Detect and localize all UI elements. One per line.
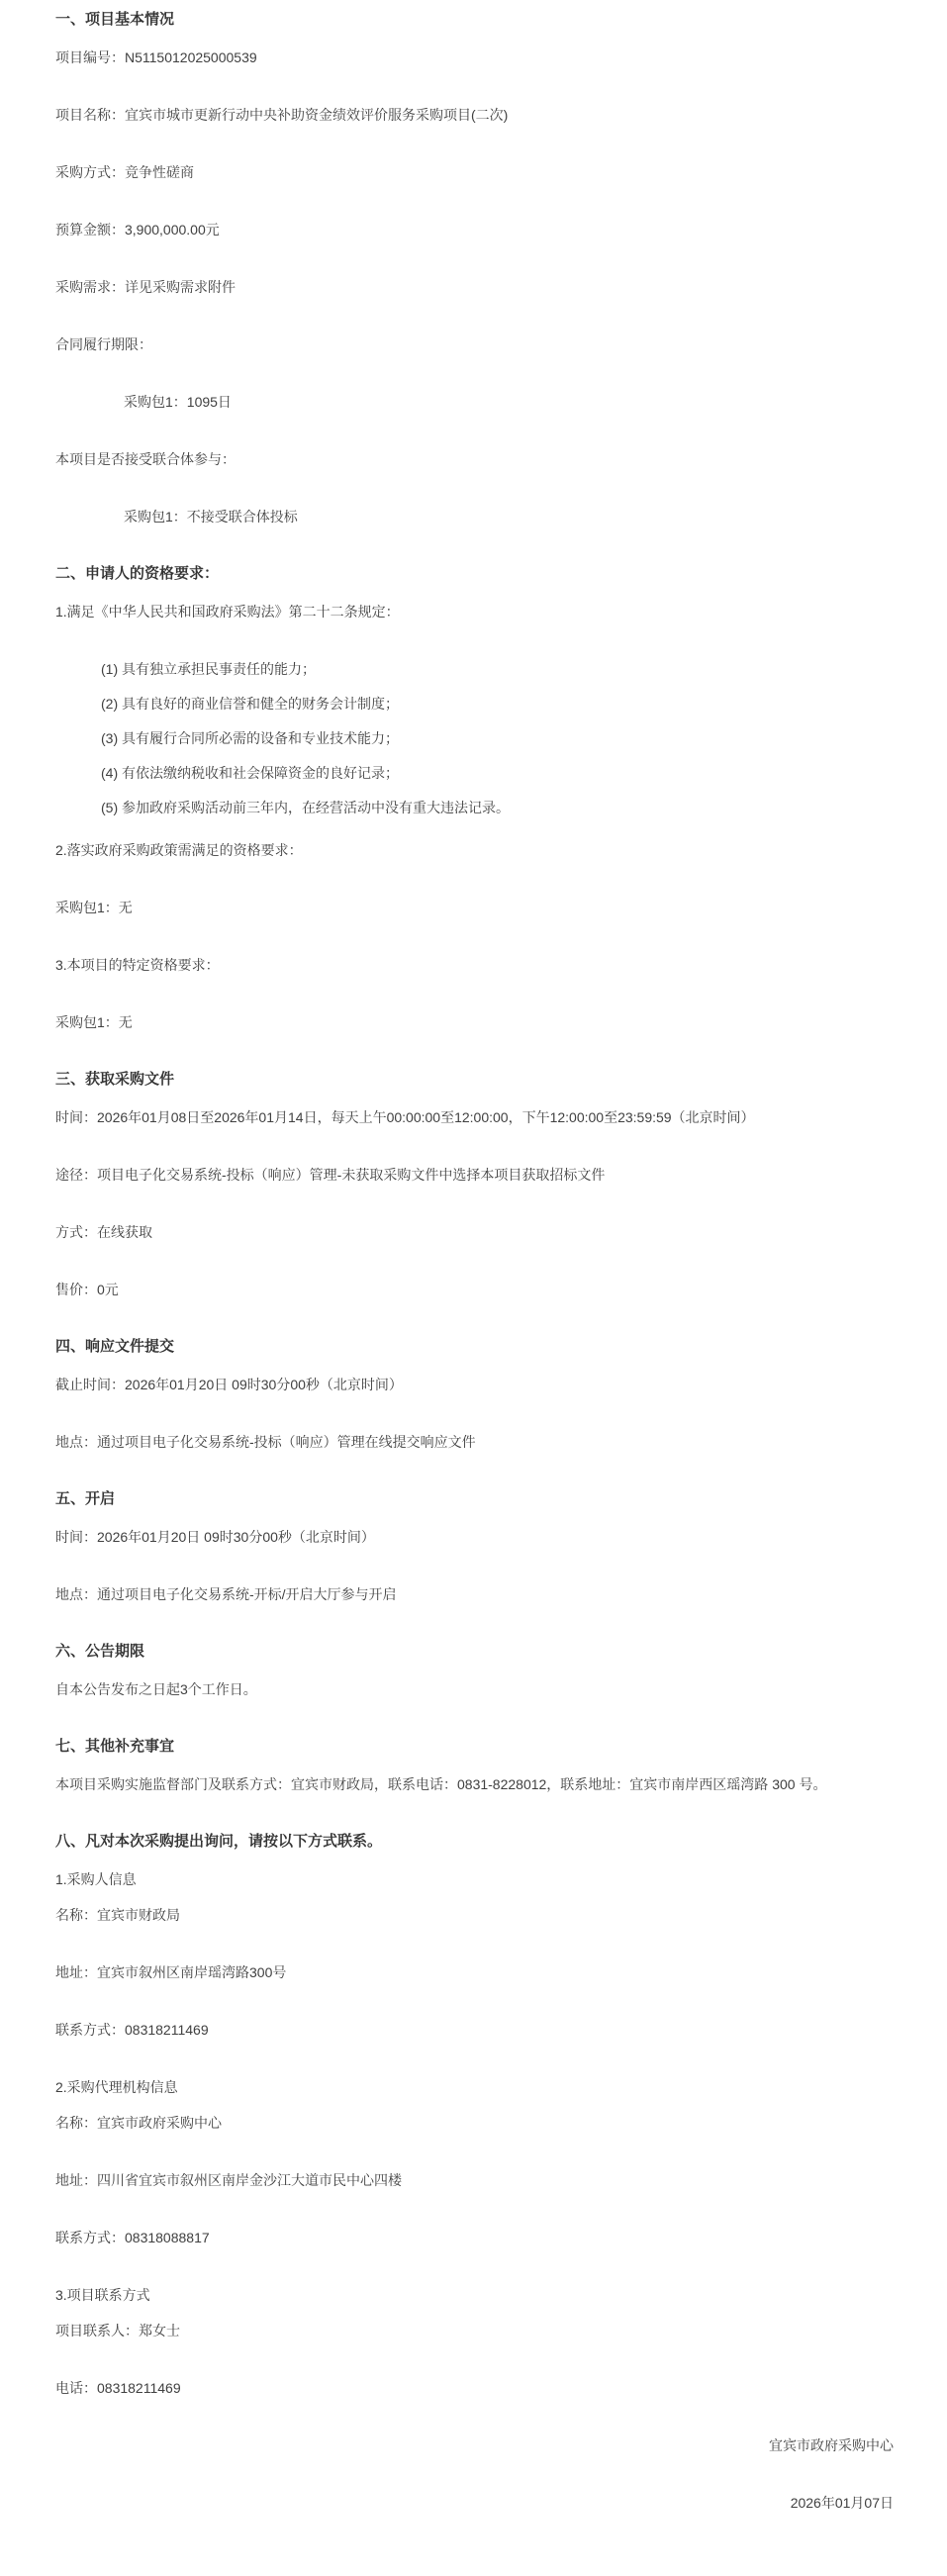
- law-condition-4: (4) 有依法缴纳税收和社会保障资金的良好记录；: [55, 759, 894, 787]
- document-footer: 宜宾市政府采购中心 2026年01月07日: [55, 2432, 894, 2517]
- purchaser-group-label: 1.采购人信息: [55, 1865, 894, 1893]
- law-article-22: 1.满足《中华人民共和国政府采购法》第二十二条规定：: [55, 598, 894, 625]
- submit-location: 地点：通过项目电子化交易系统-投标（响应）管理在线提交响应文件: [55, 1428, 894, 1456]
- section-5-heading: 五、开启: [55, 1485, 894, 1513]
- law-condition-5: (5) 参加政府采购活动前三年内，在经营活动中没有重大违法记录。: [55, 794, 894, 821]
- purchaser-name: 名称：宜宾市财政局: [55, 1901, 894, 1929]
- agency-name: 名称：宜宾市政府采购中心: [55, 2109, 894, 2137]
- project-contact-label: 3.项目联系方式: [55, 2281, 894, 2309]
- doc-price: 售价：0元: [55, 1276, 894, 1303]
- purchaser-address: 地址：宜宾市叙州区南岸瑶湾路300号: [55, 1958, 894, 1986]
- policy-package1: 采购包1：无: [55, 894, 894, 921]
- footer-date: 2026年01月07日: [55, 2489, 894, 2517]
- agency-contact: 联系方式：08318088817: [55, 2224, 894, 2251]
- section-1-heading: 一、项目基本情况: [55, 6, 894, 34]
- law-condition-1: (1) 具有独立承担民事责任的能力；: [55, 655, 894, 683]
- section-8-heading: 八、凡对本次采购提出询问，请按以下方式联系。: [55, 1828, 894, 1856]
- section-3-heading: 三、获取采购文件: [55, 1066, 894, 1094]
- announcement-period: 自本公告发布之日起3个工作日。: [55, 1675, 894, 1703]
- purchaser-contact: 联系方式：08318211469: [55, 2016, 894, 2044]
- doc-obtain-method: 方式：在线获取: [55, 1218, 894, 1246]
- procurement-demand: 采购需求：详见采购需求附件: [55, 273, 894, 301]
- specific-package1: 采购包1：无: [55, 1008, 894, 1036]
- project-number: 项目编号：N5115012025000539: [55, 44, 894, 71]
- qualification-condition-list: (1) 具有独立承担民事责任的能力； (2) 具有良好的商业信誉和健全的财务会计…: [55, 655, 894, 821]
- project-contact-phone: 电话：08318211469: [55, 2374, 894, 2402]
- section-2-heading: 二、申请人的资格要求：: [55, 560, 894, 588]
- consortium-label: 本项目是否接受联合体参与：: [55, 445, 894, 473]
- open-location: 地点：通过项目电子化交易系统-开标/开启大厅参与开启: [55, 1580, 894, 1608]
- section-6-heading: 六、公告期限: [55, 1638, 894, 1666]
- submit-deadline: 截止时间：2026年01月20日 09时30分00秒（北京时间）: [55, 1371, 894, 1398]
- budget-amount: 预算金额：3,900,000.00元: [55, 216, 894, 243]
- supervision-info: 本项目采购实施监督部门及联系方式：宜宾市财政局，联系电话：0831-822801…: [55, 1770, 894, 1798]
- project-contact-person: 项目联系人：郑女士: [55, 2317, 894, 2344]
- specific-qualification-label: 3.本项目的特定资格要求：: [55, 951, 894, 979]
- agency-group-label: 2.采购代理机构信息: [55, 2073, 894, 2101]
- law-condition-2: (2) 具有良好的商业信誉和健全的财务会计制度；: [55, 690, 894, 717]
- open-time: 时间：2026年01月20日 09时30分00秒（北京时间）: [55, 1523, 894, 1551]
- procurement-method: 采购方式：竞争性磋商: [55, 158, 894, 186]
- consortium-package1: 采购包1：不接受联合体投标: [55, 503, 894, 530]
- policy-qualification-label: 2.落实政府采购政策需满足的资格要求：: [55, 836, 894, 864]
- contract-term-label: 合同履行期限：: [55, 331, 894, 358]
- section-7-heading: 七、其他补充事宜: [55, 1733, 894, 1761]
- doc-obtain-time: 时间：2026年01月08日至2026年01月14日，每天上午00:00:00至…: [55, 1103, 894, 1131]
- project-name: 项目名称：宜宾市城市更新行动中央补助资金绩效评价服务采购项目(二次): [55, 101, 894, 129]
- section-4-heading: 四、响应文件提交: [55, 1333, 894, 1361]
- agency-address: 地址：四川省宜宾市叙州区南岸金沙江大道市民中心四楼: [55, 2166, 894, 2194]
- announcement-document: 一、项目基本情况 项目编号：N5115012025000539 项目名称：宜宾市…: [55, 6, 894, 2517]
- doc-obtain-channel: 途径：项目电子化交易系统-投标（响应）管理-未获取采购文件中选择本项目获取招标文…: [55, 1161, 894, 1189]
- law-condition-3: (3) 具有履行合同所必需的设备和专业技术能力；: [55, 724, 894, 752]
- footer-agency: 宜宾市政府采购中心: [55, 2432, 894, 2459]
- contract-term-package1: 采购包1：1095日: [55, 388, 894, 416]
